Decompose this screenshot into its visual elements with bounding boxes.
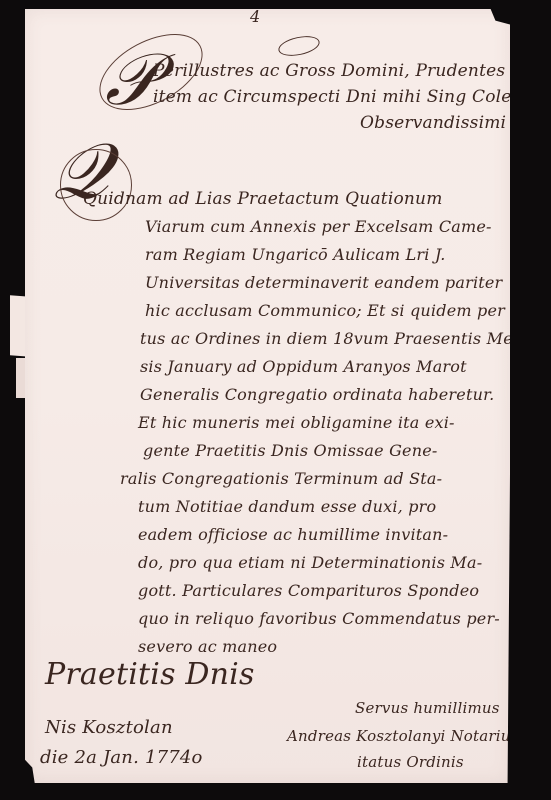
body-line: ram Regiam Ungaricō Aulicam Lri J. (145, 245, 446, 264)
closing-formula: Praetitis Dnis (45, 657, 255, 692)
initial-flourish (60, 149, 132, 221)
body-line: Quidnam ad Lias Praetactum Quationum (83, 189, 443, 209)
body-line: hic acclusam Communico; Et si quidem per… (145, 301, 543, 320)
signature-line: Servus humillimus (355, 699, 500, 717)
body-line: gente Praetitis Dnis Omissae Gene- (143, 441, 438, 460)
salutation-line: Perillustres ac Gross Domini, Prudentes (153, 61, 505, 81)
page-number-flourish (277, 33, 322, 59)
body-line: quo in reliquo favoribus Commendatus per… (138, 609, 500, 628)
scan-background: 4 𝒫 Perillustres ac Gross Domini, Pruden… (0, 0, 551, 800)
page-number: 4 (250, 7, 260, 26)
body-line: Universitas determinaverit eandem parite… (145, 273, 502, 292)
salutation-line: item ac Circumspecti Dni mihi Sing Colen… (153, 87, 539, 107)
salutation-line: Observandissimi (360, 113, 506, 133)
body-line: tus ac Ordines in diem 18vum Praesentis … (140, 329, 529, 348)
place-line: Nis Kosztolan (45, 717, 173, 738)
body-line: gott. Particulares Comparituros Spondeo (138, 581, 479, 600)
date-line: die 2a Jan. 1774o (40, 747, 203, 768)
body-line: eadem officiose ac humillime invitan- (138, 525, 448, 544)
body-line: do, pro qua etiam ni Determinationis Ma- (138, 553, 482, 572)
body-line: Viarum cum Annexis per Excelsam Came- (145, 217, 492, 236)
body-line: sis January ad Oppidum Aranyos Marot (140, 357, 467, 376)
body-line: severo ac maneo (138, 637, 277, 656)
signature-line: Andreas Kosztolanyi Notarius Com- (287, 727, 551, 745)
manuscript-sheet: 4 𝒫 Perillustres ac Gross Domini, Pruden… (25, 9, 510, 783)
signature-line: itatus Ordinis (357, 753, 464, 771)
body-line: tum Notitiae dandum esse duxi, pro (138, 497, 436, 516)
body-line: ralis Congregationis Terminum ad Sta- (120, 469, 442, 488)
body-line: Et hic muneris mei obligamine ita exi- (138, 413, 455, 432)
body-line: Generalis Congregatio ordinata haberetur… (140, 385, 494, 404)
